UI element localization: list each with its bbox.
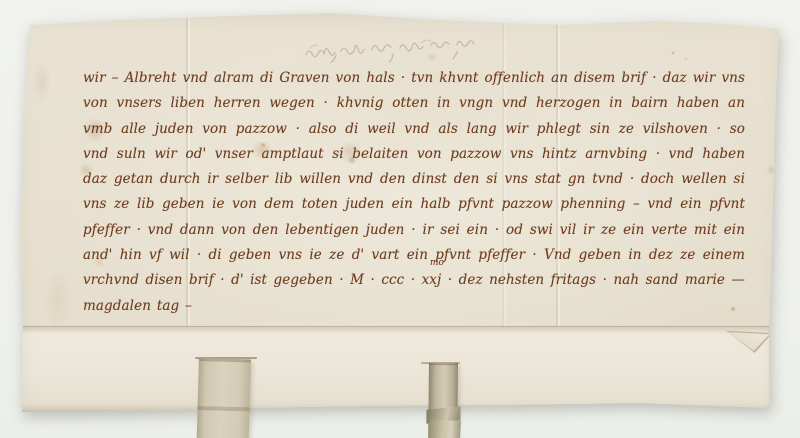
seal-tag-right xyxy=(428,363,458,438)
parchment-shadow-wrap: wir – Albreht vnd alram di Graven von ha… xyxy=(0,0,800,438)
plica-fold xyxy=(16,327,769,413)
superscript-abbreviation: mo xyxy=(430,258,444,268)
parchment-charter: wir – Albreht vnd alram di Graven von ha… xyxy=(0,0,800,438)
manuscript-line-2: von vnsers liben herren wegen · khvnig o… xyxy=(83,91,745,116)
manuscript-line-4: vnd suln wir od' vnser amptlaut si belai… xyxy=(83,142,745,167)
manuscript-line-7: pfeffer · vnd dann von den lebentigen ju… xyxy=(83,218,745,243)
manuscript-line-3: vmb alle juden von pazzow · also di weil… xyxy=(83,117,745,142)
manuscript-line-5: daz getan durch ir selber lib willen vnd… xyxy=(83,167,745,192)
manuscript-line-9: vrchvnd disen brif · d' ist gegeben · M … xyxy=(83,268,745,293)
charter-text-block: wir – Albreht vnd alram di Graven von ha… xyxy=(83,66,745,319)
seal-tag-left xyxy=(197,358,251,438)
photograph-of-charter: wir – Albreht vnd alram di Graven von ha… xyxy=(0,0,800,438)
manuscript-line-6: vns ze lib geben ie von dem toten juden … xyxy=(83,192,745,217)
manuscript-line-1: wir – Albreht vnd alram di Graven von ha… xyxy=(83,66,745,91)
manuscript-line-8: and' hin vf wil · di geben vns ie ze d' … xyxy=(83,243,745,268)
seal-tag-kink-fold xyxy=(426,407,460,424)
dorsal-show-through-writing xyxy=(302,35,493,67)
manuscript-line-10: magdalen tag – xyxy=(83,294,745,319)
